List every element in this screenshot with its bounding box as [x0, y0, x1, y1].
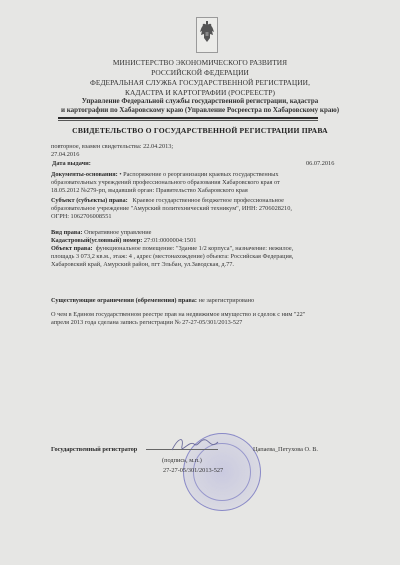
basis-documents-line-1: Документы-основания: • Распоряжение о ре… — [51, 171, 278, 179]
basis-documents-text: • Распоряжение о реорганизации краевых г… — [118, 171, 279, 178]
object-line-3: Хабаровский край, Амурский район, пгт Эл… — [51, 261, 234, 269]
record-number-under-signature: 27-27-05/301/2013-527 — [163, 467, 223, 475]
object-label: Объект права: — [51, 245, 93, 252]
subject-text: Краевое государственное бюджетное профес… — [133, 197, 284, 204]
issue-date-label: Дата выдачи: — [52, 160, 91, 168]
object-line-2: площадь 3 073,2 кв.м., этаж: 4 , адрес (… — [51, 253, 293, 261]
registry-note-line-1: О чем в Едином государственном реестре п… — [51, 311, 305, 319]
service-line-1: ФЕДЕРАЛЬНАЯ СЛУЖБА ГОСУДАРСТВЕННОЙ РЕГИС… — [0, 78, 400, 88]
encumbrances-value: не зарегистрировано — [199, 297, 255, 304]
header-divider-thin — [58, 120, 318, 121]
basis-documents-line-3: 18.05.2012 №279-рп, выдавший орган: Прав… — [51, 187, 248, 195]
right-type-label: Вид права: — [51, 229, 83, 236]
reissue-line-2: 27.04.2016 — [51, 151, 79, 159]
subject-label: Субъект (субъекты) права: — [51, 197, 128, 204]
registrar-label: Государственный регистратор — [51, 446, 137, 454]
reissue-line-1: повторное, взамен свидетельства: 22.04.2… — [51, 143, 173, 151]
subject-line-2: образовательное учреждение "Амурский пол… — [51, 205, 292, 213]
object-text: функциональное помещение: "Здание 1/2 ко… — [96, 245, 294, 252]
signature-caption: (подпись, м.п.) — [162, 457, 202, 465]
certificate-page: МИНИСТЕРСТВО ЭКОНОМИЧЕСКОГО РАЗВИТИЯ РОС… — [0, 0, 400, 565]
subject-line-1: Субъект (субъекты) права: Краевое госуда… — [51, 197, 284, 205]
coat-of-arms-icon — [196, 17, 218, 53]
registrar-name: Цапаева_Петухова О. В. — [253, 446, 318, 454]
registry-note-line-2: апреля 2013 года сделана запись регистра… — [51, 319, 242, 327]
issue-date-value: 06.07.2016 — [306, 160, 334, 168]
cadastral-number-value: 27:01:0000004:1501 — [144, 237, 196, 244]
object-line-1: Объект права: функциональное помещение: … — [51, 245, 293, 253]
certificate-title: СВИДЕТЕЛЬСТВО О ГОСУДАРСТВЕННОЙ РЕГИСТРА… — [0, 126, 400, 135]
right-type-row: Вид права: Оперативное управление — [51, 229, 151, 237]
cadastral-number-label: Кадастровый(условный) номер: — [51, 237, 142, 244]
header-divider — [58, 117, 318, 119]
cadastral-number-row: Кадастровый(условный) номер: 27:01:00000… — [51, 237, 196, 245]
basis-documents-label: Документы-основания: — [51, 171, 118, 178]
encumbrances-row: Существующие ограничения (обременения) п… — [51, 297, 254, 305]
basis-documents-line-2: образовательных учреждений профессиональ… — [51, 179, 280, 187]
subject-line-3: ОГРН: 1062706008551 — [51, 213, 112, 221]
office-line-2: и картографии по Хабаровскому краю (Упра… — [0, 106, 400, 116]
encumbrances-label: Существующие ограничения (обременения) п… — [51, 297, 197, 304]
ministry-line-2: РОССИЙСКОЙ ФЕДЕРАЦИИ — [0, 68, 400, 78]
ministry-line-1: МИНИСТЕРСТВО ЭКОНОМИЧЕСКОГО РАЗВИТИЯ — [0, 58, 400, 68]
right-type-value: Оперативное управление — [84, 229, 151, 236]
signature-icon — [170, 434, 220, 456]
